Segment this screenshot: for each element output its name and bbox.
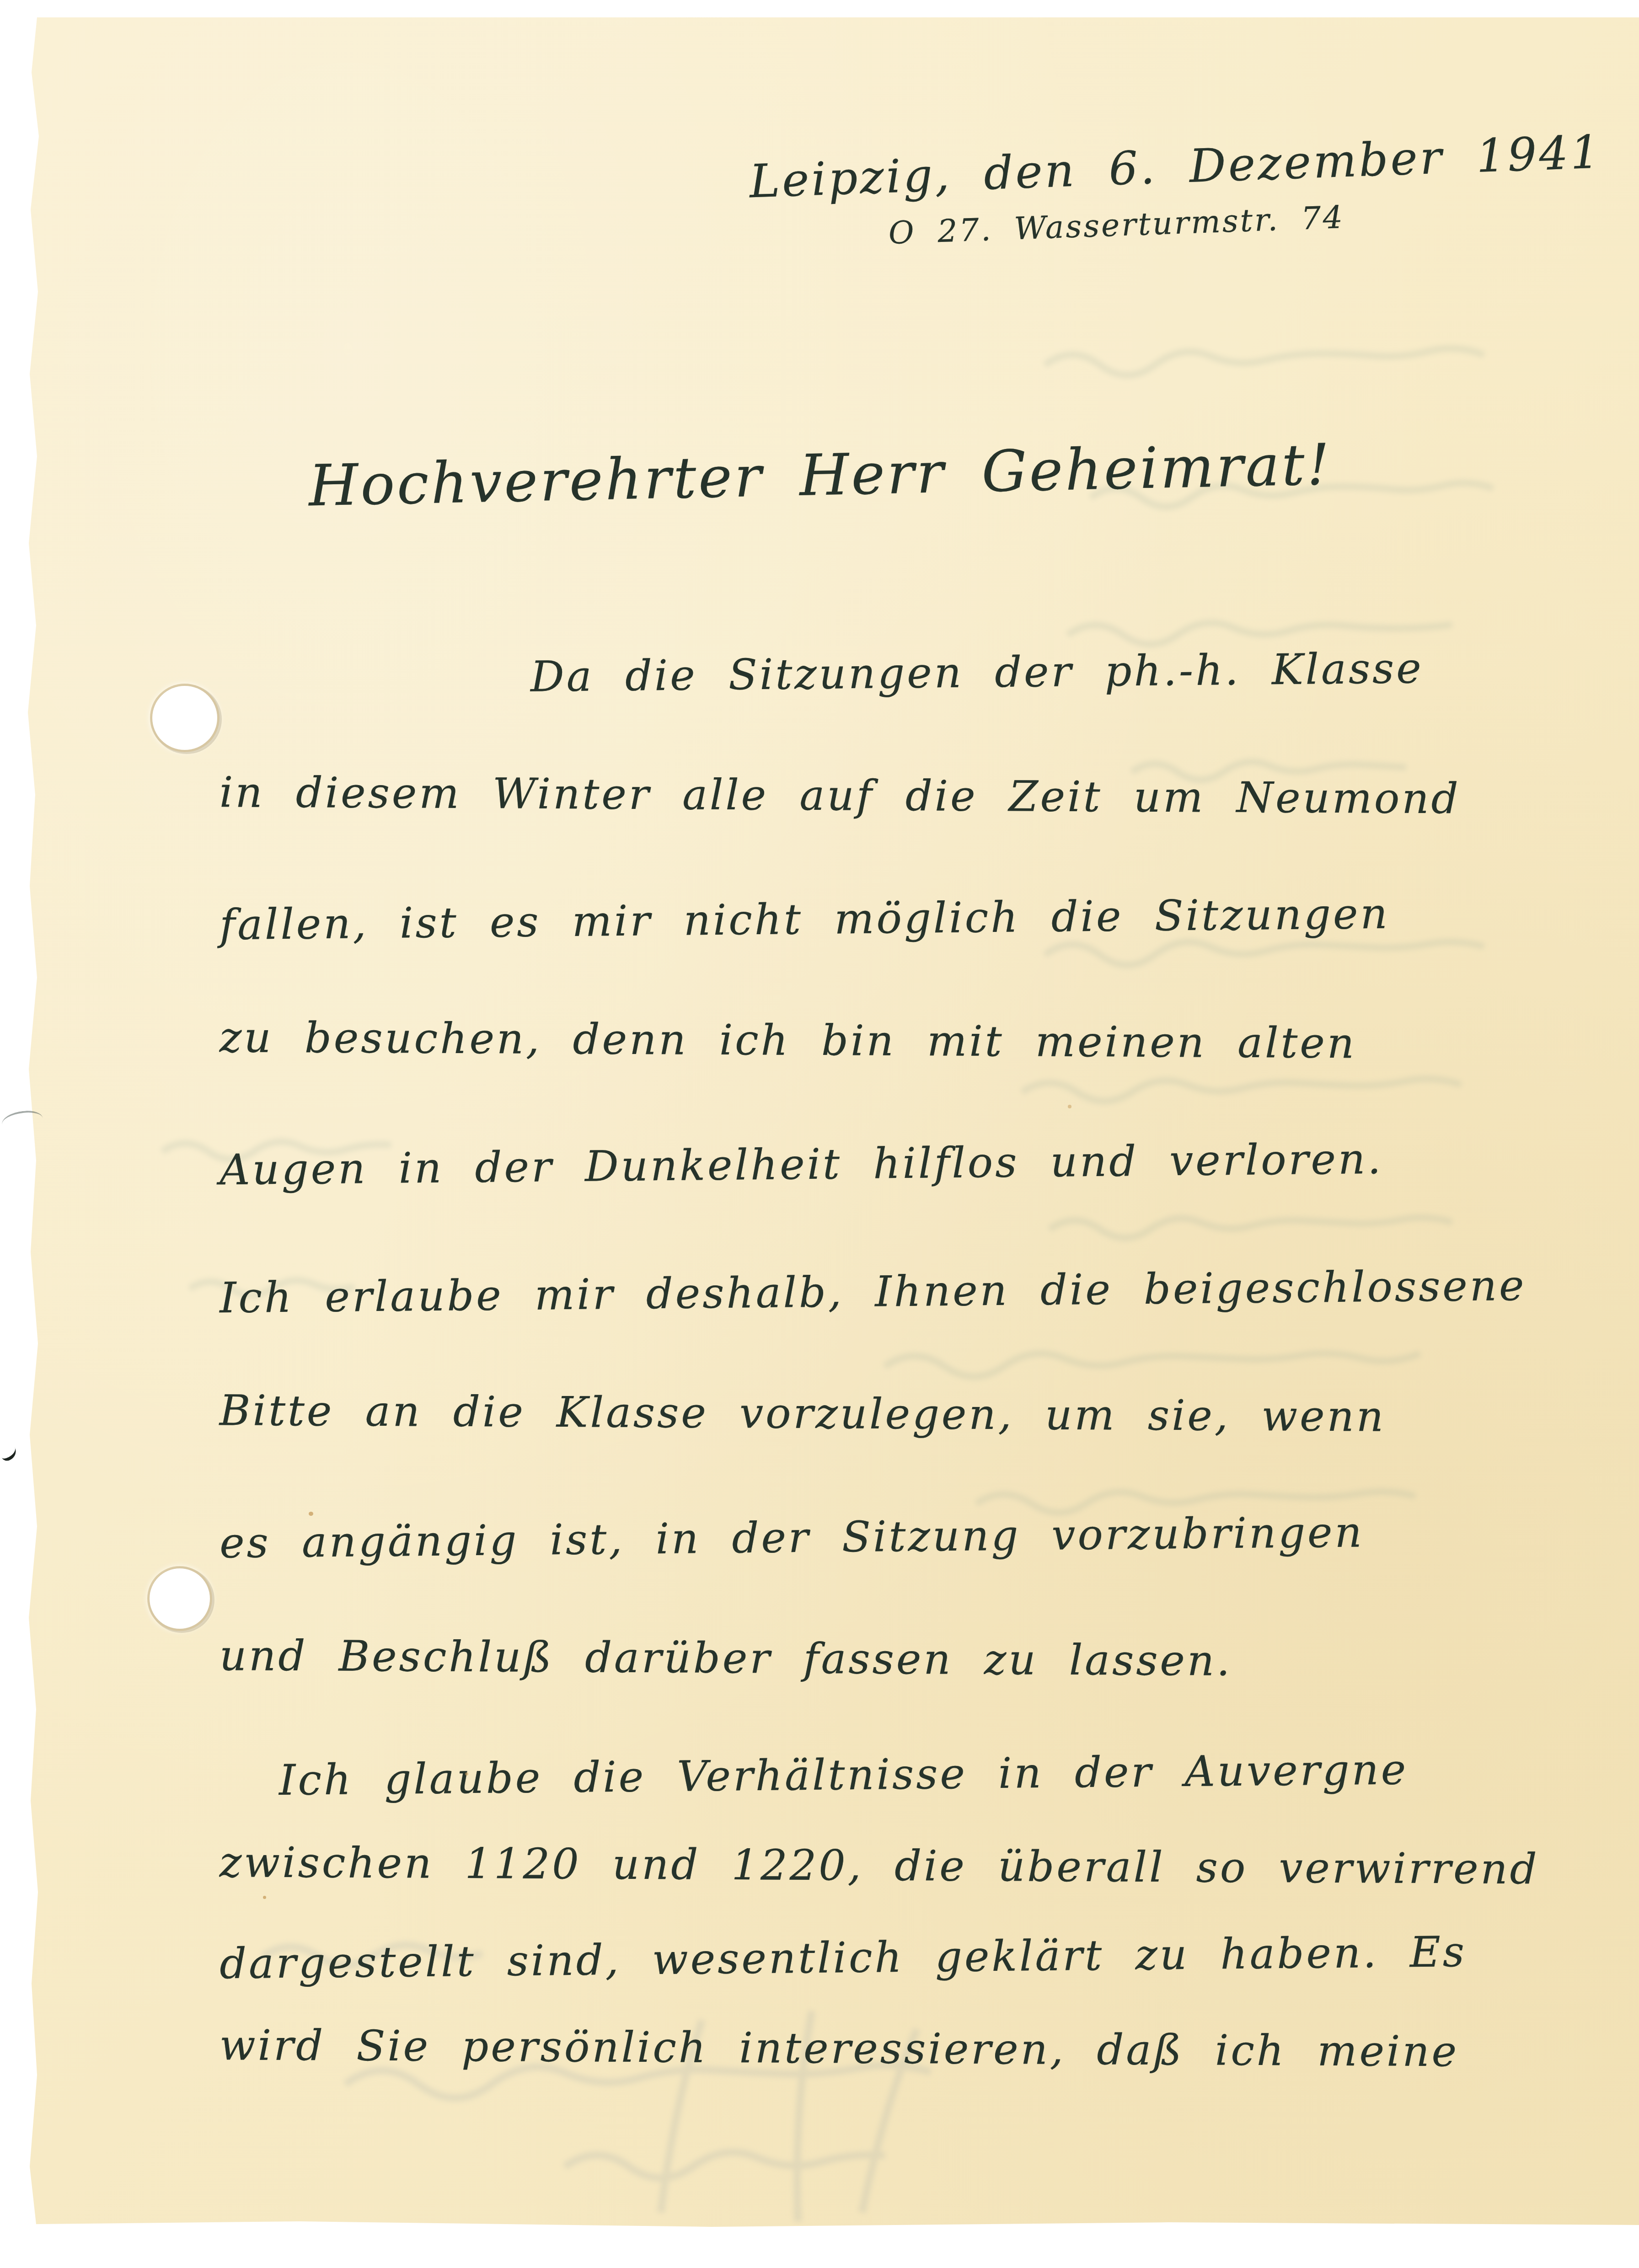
letter-line: fallen, ist es mir nicht möglich die Sit… [219,850,1583,986]
letter-line: zwischen 1120 und 1220, die überall so v… [219,1816,1582,1915]
letter-line: Ich erlaube mir deshalb, Ihnen die beige… [219,1224,1583,1359]
letter-page: Leipzig, den 6. Dezember 1941 O 27. Wass… [25,17,1639,2227]
letter-line: Ich glaube die Verhältnisse in der Auver… [219,1722,1583,1827]
scanned-letter: Leipzig, den 6. Dezember 1941 O 27. Wass… [0,0,1639,2268]
letter-line: Bitte an die Klasse vorzulegen, um sie, … [219,1349,1582,1479]
punch-hole [150,1568,210,1629]
letter-line: dargestellt sind, wesentlich geklärt zu … [219,1905,1583,2010]
paragraph-3: Ich glaube die Verhältnisse in der Auver… [220,1728,1582,2094]
letter-line: Augen in der Dunkelheit hilflos und verl… [219,1096,1583,1231]
letter-line: wird Sie persönlich interessieren, daß i… [219,1999,1582,2098]
paper-speck [309,1512,313,1516]
punch-hole [152,686,217,750]
letter-line: Da die Sitzungen der ph.-h. Klasse [219,605,1583,741]
letter-line: zu besuchen, denn ich bin mit meinen alt… [219,976,1582,1106]
paper-speck [1068,1105,1071,1108]
dateline: Leipzig, den 6. Dezember 1941 O 27. Wass… [749,125,1604,257]
stray-ink-mark [0,1442,19,1463]
paper-speck [263,1896,266,1899]
letter-line: es angängig ist, in der Sitzung vorzubri… [219,1469,1583,1605]
paragraph-2: Ich erlaube mir deshalb, Ihnen die beige… [220,1230,1582,1720]
letter-line: und Beschluß darüber fassen zu lassen. [219,1594,1582,1724]
letter-line: in diesem Winter alle auf die Zeit um Ne… [219,731,1582,861]
paper-speck [465,1772,468,1776]
stray-pencil-mark [1,1109,44,1133]
salutation: Hochverehrter Herr Geheimrat! [308,432,1333,519]
paragraph-1: Da die Sitzungen der ph.-h. Klasse in di… [220,612,1582,1225]
